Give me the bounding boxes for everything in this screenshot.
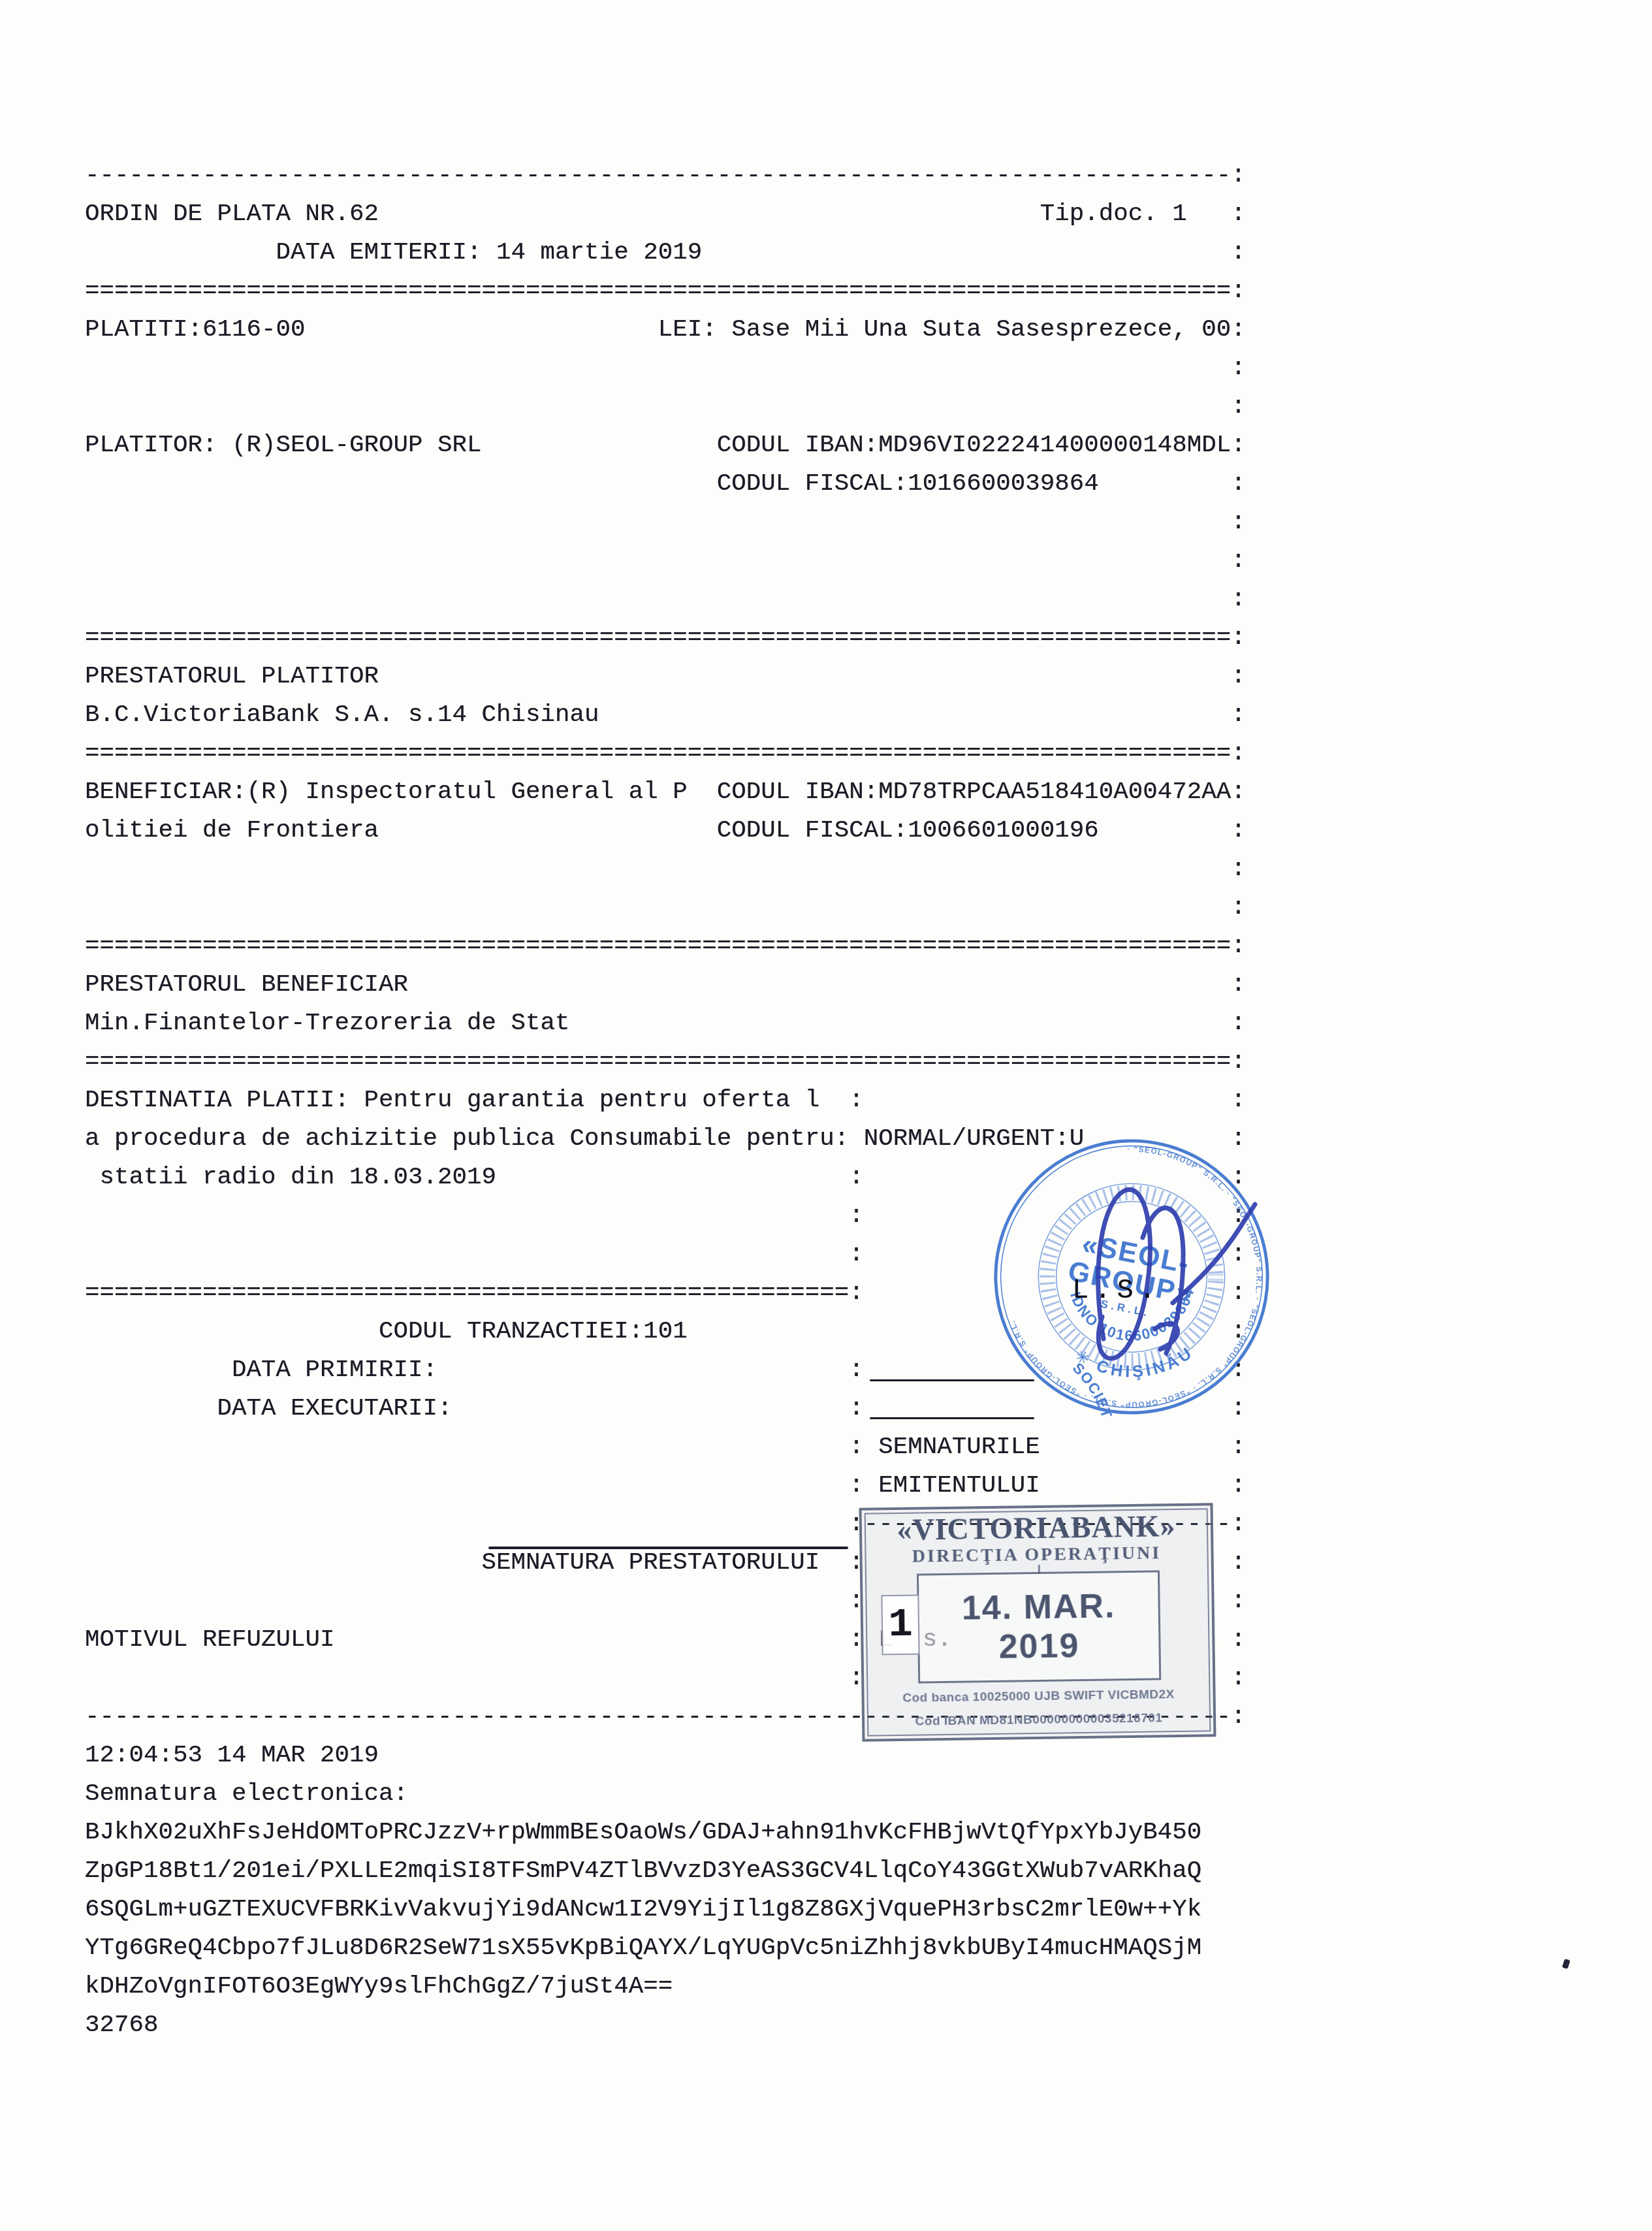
document-line: :	[85, 388, 1246, 426]
victoriabank-stamp: «VICTORIABANK» DIRECŢIA OPERAŢIUNI 14. M…	[859, 1503, 1216, 1742]
document-line: ZpGP18Bt1/201ei/PXLLE2mqiSI8TFSmPV4ZTlBV…	[85, 1852, 1246, 1891]
document-line: B.C.VictoriaBank S.A. s.14 Chisinau :	[85, 696, 1246, 735]
document-line: :	[85, 889, 1246, 927]
document-line: ========================================…	[85, 272, 1246, 311]
date-stamp: 14. MAR. 2019	[919, 1586, 1159, 1667]
document-line: ----------------------------------------…	[85, 157, 1246, 195]
document-line: PLATITOR: (R)SEOL-GROUP SRL CODUL IBAN:M…	[85, 426, 1246, 465]
date-stamp-box: 14. MAR. 2019	[917, 1570, 1161, 1683]
page: { "colors": { "ink": "#1b1b26", "seal_bl…	[0, 0, 1652, 2231]
document-line: BENEFICIAR:(R) Inspectoratul General al …	[85, 773, 1246, 812]
document-line: olitiei de Frontiera CODUL FISCAL:100660…	[85, 812, 1246, 850]
document-line: 32768	[85, 2006, 1246, 2045]
document-line: : EMITENTULUI :	[85, 1467, 1246, 1505]
document-line: kDHZoVgnIFOT6O3EgWYy9slFhChGgZ/7juSt4A==	[85, 1968, 1246, 2006]
document-line: :	[85, 850, 1246, 889]
document-line: ORDIN DE PLATA NR.62 Tip.doc. 1 :	[85, 195, 1246, 234]
document-text: ----------------------------------------…	[85, 157, 1246, 2045]
document-line: ========================================…	[85, 735, 1246, 773]
number-box: 1	[881, 1595, 919, 1656]
document-line: Min.Finantelor-Trezoreria de Stat :	[85, 1004, 1246, 1043]
document-line: ========================================…	[85, 1043, 1246, 1082]
ls-label: L.S.	[1072, 1275, 1162, 1306]
document-line: :	[85, 542, 1246, 581]
document-line: :	[85, 504, 1246, 542]
document-line: PRESTATORUL BENEFICIAR :	[85, 966, 1246, 1004]
document-line: ========================================…	[85, 927, 1246, 966]
document-line: : SEMNATURILE :	[85, 1428, 1246, 1467]
victoriabank-title: «VICTORIABANK»	[862, 1508, 1211, 1547]
document-line: :	[85, 581, 1246, 619]
document-line: PLATITI:6116-00 LEI: Sase Mii Una Suta S…	[85, 311, 1246, 349]
document-line: BJkhX02uXhFsJeHdOMToPRCJzzV+rpWmmBEsOaoW…	[85, 1814, 1246, 1852]
document-line: PRESTATORUL PLATITOR :	[85, 658, 1246, 696]
document-line: :	[85, 349, 1246, 388]
ink-speck	[1562, 1959, 1570, 1969]
semnatura-prestatorului-line	[488, 1547, 848, 1549]
document-line: 12:04:53 14 MAR 2019	[85, 1737, 1246, 1775]
document-line: Semnatura electronica:	[85, 1775, 1246, 1814]
document-line: ========================================…	[85, 619, 1246, 658]
payment-order-document: ----------------------------------------…	[0, 0, 1652, 2231]
document-line: DESTINATIA PLATII: Pentru garantia pentr…	[85, 1082, 1246, 1120]
handwritten-signature	[1058, 1163, 1280, 1378]
document-line: CODUL FISCAL:1016600039864 :	[85, 465, 1246, 504]
document-line: 6SQGLm+uGZTEXUCVFBRKivVakvujYi9dANcw1I2V…	[85, 1891, 1246, 1929]
document-line: YTg6GReQ4Cbpo7fJLu8D6R2SeW71sX55vKpBiQAY…	[85, 1929, 1246, 1968]
document-line: DATA EMITERII: 14 martie 2019 :	[85, 234, 1246, 272]
